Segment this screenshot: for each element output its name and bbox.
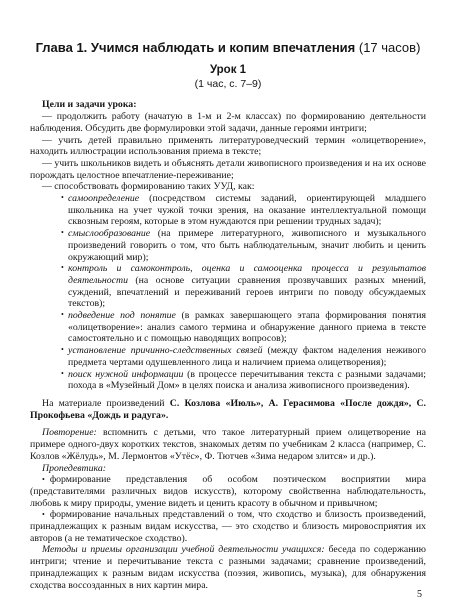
uud-item: поиск нужной информации (в процессе пере… <box>30 369 426 392</box>
propaedeutics-heading: Пропедевтика: <box>30 463 426 475</box>
uud-item-term: смыслообразование <box>68 228 150 239</box>
page-content: Глава 1. Учимся наблюдать и копим впечат… <box>30 40 426 591</box>
bullet-icon: • <box>42 510 50 519</box>
propaedeutics-item-text: формирование представления об особом поэ… <box>30 474 426 508</box>
goal-paragraph: — учить детей правильно применять литера… <box>30 135 426 158</box>
material-prefix: На материале произведений <box>42 398 170 409</box>
uud-item: установление причинно-следственных связе… <box>30 345 426 368</box>
uud-item-term: поиск нужной информации <box>68 369 183 380</box>
lesson-subtitle: (1 час, с. 7–9) <box>30 79 426 91</box>
uud-item: смыслообразование (на примере литературн… <box>30 228 426 263</box>
uud-item: самоопределение (посредством системы зад… <box>30 193 426 228</box>
goals-heading: Цели и задачи урока: <box>30 99 426 111</box>
bullet-icon: • <box>42 475 50 484</box>
uud-item-term: самоопределение <box>68 193 139 204</box>
repetition-paragraph: Повторение: вспомнить с детьми, что тако… <box>30 427 426 462</box>
propaedeutics-item: •формирование начальных представлений о … <box>30 509 426 544</box>
page-number: 5 <box>417 589 422 600</box>
document-page: Глава 1. Учимся наблюдать и копим впечат… <box>0 0 450 608</box>
goal-paragraph-uud-intro: — способствовать формированию таких УУД,… <box>30 181 426 193</box>
propaedeutics-item-text: формирование начальных представлений о т… <box>30 509 426 543</box>
chapter-title-hours: (17 часов) <box>355 40 420 55</box>
methods-lead: Методы и приемы организации учебной деят… <box>42 544 325 555</box>
propaedeutics-item: •формирование представления об особом по… <box>30 474 426 509</box>
lesson-title: Урок 1 <box>30 65 426 77</box>
uud-item-term: установление причинно-следственных связе… <box>68 345 263 356</box>
repetition-lead: Повторение: <box>42 427 97 438</box>
goal-paragraph: — продолжить работу (начатую в 1-м и 2-м… <box>30 111 426 134</box>
goal-paragraph: — учить школьников видеть и объяснять де… <box>30 158 426 181</box>
uud-item-term: подведение под понятие <box>68 310 176 321</box>
methods-paragraph: Методы и приемы организации учебной деят… <box>30 544 426 591</box>
material-paragraph: На материале произведений С. Козлова «Ию… <box>30 398 426 421</box>
uud-list: самоопределение (посредством системы зад… <box>30 193 426 392</box>
uud-item: подведение под понятие (в рамках заверша… <box>30 310 426 345</box>
uud-item: контроль и самоконтроль, оценка и самооц… <box>30 263 426 310</box>
chapter-title-bold: Глава 1. Учимся наблюдать и копим впечат… <box>36 40 356 55</box>
chapter-title: Глава 1. Учимся наблюдать и копим впечат… <box>30 40 426 55</box>
